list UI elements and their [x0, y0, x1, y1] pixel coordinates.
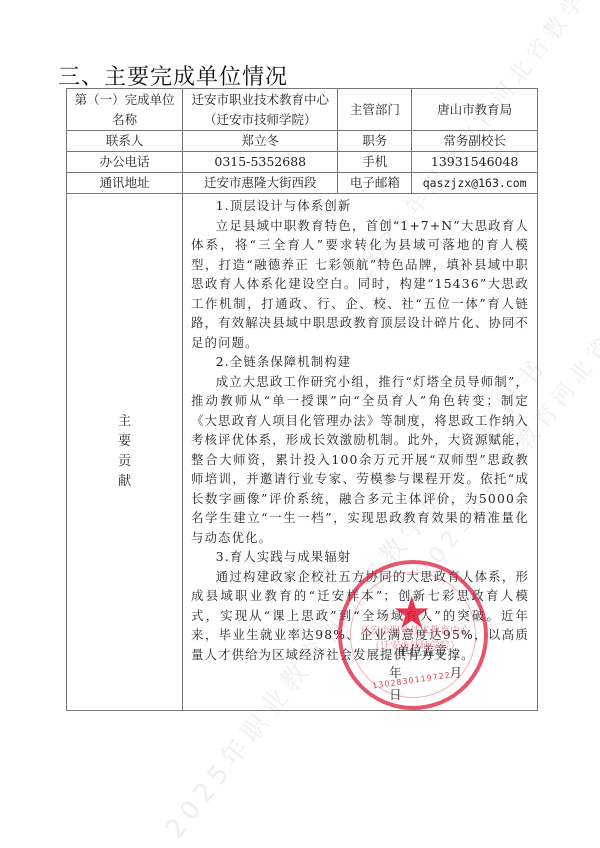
- unit-info-table: 第（一）完成单位名称 迁安市职业技术教育中心（迁安市技师学院） 主管部门 唐山市…: [66, 88, 538, 711]
- unit-name-value: 迁安市职业技术教育中心（迁安市技师学院）: [183, 89, 338, 131]
- mobile-value: 13931546048: [412, 152, 538, 173]
- label-char: 献: [70, 472, 179, 492]
- table-row: 办公电话 0315-5352688 手机 13931546048: [67, 152, 538, 173]
- dept-value: 唐山市教育局: [412, 89, 538, 131]
- contact-label: 联系人: [67, 131, 183, 152]
- position-value: 常务副校长: [412, 131, 538, 152]
- section-heading: 1.顶层设计与体系创新: [191, 197, 529, 217]
- date-label: 年 月 日: [379, 662, 537, 706]
- label-char: 主: [70, 412, 179, 432]
- dept-label: 主管部门: [338, 89, 412, 131]
- label-char: 要: [70, 432, 179, 452]
- phone-value: 0315-5352688: [183, 152, 338, 173]
- phone-label: 办公电话: [67, 152, 183, 173]
- contribution-label: 主 要 贡 献: [67, 194, 183, 711]
- contact-value: 郑立冬: [183, 131, 338, 152]
- section-heading: 2.全链条保障机制构建: [191, 353, 529, 373]
- section-text: 立足县域中职教育特色，首创“1+7+N”大思政育人体系，将“三全育人”要求转化为…: [191, 217, 529, 354]
- unit-name-label: 第（一）完成单位名称: [67, 89, 183, 131]
- table-row: 联系人 郑立冬 职务 常务副校长: [67, 131, 538, 152]
- address-value: 迁安市惠隆大街西段: [183, 173, 338, 194]
- position-label: 职务: [338, 131, 412, 152]
- label-char: 贡: [70, 452, 179, 472]
- contribution-content: 1.顶层设计与体系创新 立足县域中职教育特色，首创“1+7+N”大思政育人体系，…: [183, 194, 538, 711]
- table-row: 第（一）完成单位名称 迁安市职业技术教育中心（迁安市技师学院） 主管部门 唐山市…: [67, 89, 538, 131]
- table-row: 通讯地址 迁安市惠隆大街西段 电子邮箱 qaszjzx@163.com: [67, 173, 538, 194]
- contribution-row: 主 要 贡 献 1.顶层设计与体系创新 立足县域中职教育特色，首创“1+7+N”…: [67, 194, 538, 711]
- section-text: 成立大思政工作研究小组，推行“灯塔全员导师制”，推动教师从“单一授课”向“全员育…: [191, 373, 529, 549]
- email-label: 电子邮箱: [338, 173, 412, 194]
- section-heading: 3.育人实践与成果辐射: [191, 548, 529, 568]
- seal-label: 单位盖章: [379, 640, 537, 662]
- address-label: 通讯地址: [67, 173, 183, 194]
- signature-block: 单位盖章 年 月 日: [379, 640, 537, 706]
- section-title: 三、主要完成单位情况: [58, 60, 288, 91]
- mobile-label: 手机: [338, 152, 412, 173]
- email-value: qaszjzx@163.com: [412, 173, 538, 194]
